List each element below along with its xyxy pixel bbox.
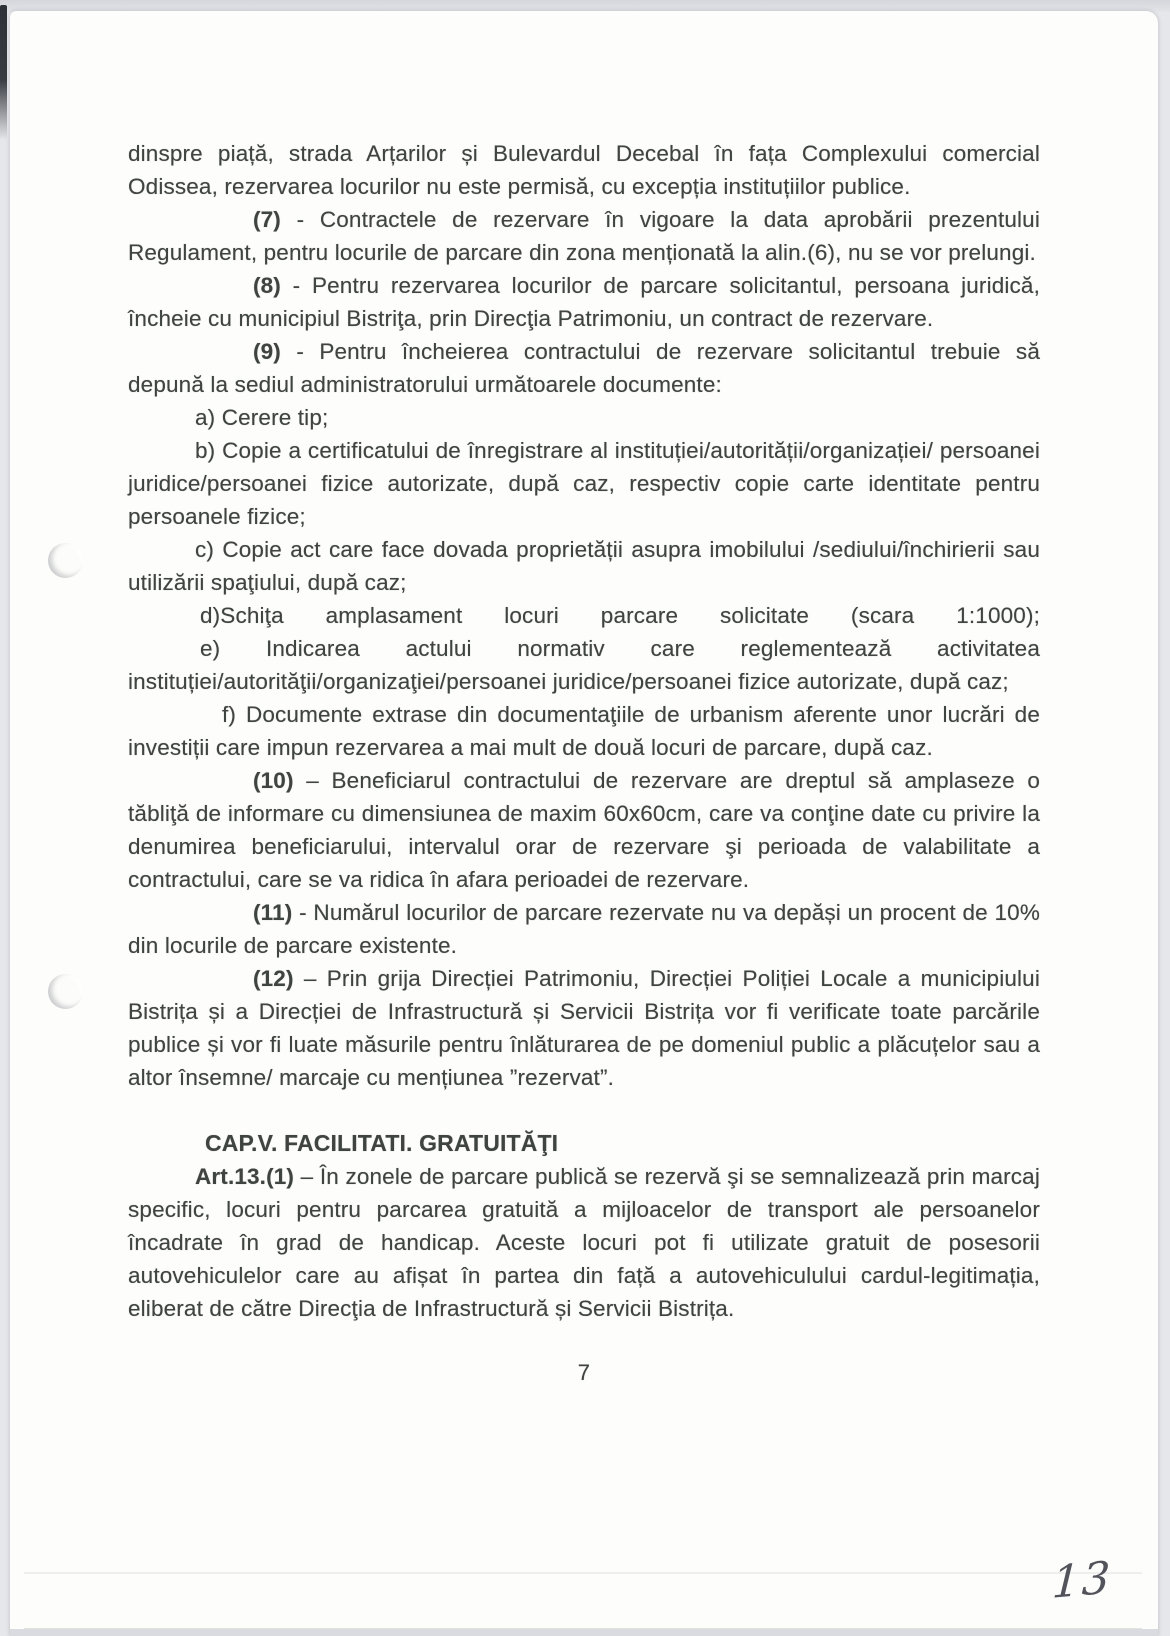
page-number: 7 [128,1356,1040,1389]
paragraph-text: e) Indicarea actului normativ care regle… [128,636,1040,694]
paragraph: Art.13.(1) – În zonele de parcare public… [128,1160,1040,1325]
paragraph: (9) - Pentru încheierea contractului de … [128,335,1040,401]
paragraph-text: d)Schiţa amplasament locuri parcare soli… [200,603,1040,628]
scan-artifact-line [24,1572,1142,1574]
paragraph-number: Art.13.(1) [195,1164,294,1189]
section-heading: CAP.V. FACILITATI. GRATUITĂŢI [205,1127,1040,1160]
paragraph-text: f) Documente extrase din documentaţiile … [128,702,1040,760]
paragraph-text: b) Copie a certificatului de înregistrar… [128,438,1040,529]
paragraph: (8) - Pentru rezervarea locurilor de par… [128,269,1040,335]
paragraph: d)Schiţa amplasament locuri parcare soli… [128,599,1040,632]
paragraph-number: (12) [253,966,294,991]
paragraph: (11) - Numărul locurilor de parcare reze… [128,896,1040,962]
scanned-page: dinspre piață, strada Arțarilor și Bulev… [10,11,1158,1636]
paragraph-text: a) Cerere tip; [195,405,328,430]
paragraph-text: dinspre piață, strada Arțarilor și Bulev… [128,141,1040,199]
paragraph: c) Copie act care face dovada proprietăț… [128,533,1040,599]
document-body: dinspre piață, strada Arțarilor și Bulev… [128,137,1040,1389]
scan-viewport: dinspre piață, strada Arțarilor și Bulev… [0,0,1170,1636]
handwritten-page-number: 13 [1051,1552,1113,1609]
paragraph: a) Cerere tip; [128,401,1040,434]
paragraph: (10) – Beneficiarul contractului de reze… [128,764,1040,896]
paragraph: f) Documente extrase din documentaţiile … [128,698,1040,764]
scan-bottom-edge [10,1629,1158,1636]
paragraph-number: (7) [253,207,281,232]
paragraph-number: (9) [253,339,281,364]
paragraph-text: c) Copie act care face dovada proprietăț… [128,537,1040,595]
hole-punch-mark [48,974,83,1009]
paragraph-number: (11) [253,900,292,925]
paragraph: (12) – Prin grija Direcției Patrimoniu, … [128,962,1040,1094]
paragraph-number: (8) [253,273,281,298]
paragraph: e) Indicarea actului normativ care regle… [128,632,1040,698]
paragraph: b) Copie a certificatului de înregistrar… [128,434,1040,533]
paragraph-number: (10) [253,768,294,793]
paragraph: (7) - Contractele de rezervare în vigoar… [128,203,1040,269]
paragraph: dinspre piață, strada Arțarilor și Bulev… [128,137,1040,203]
scan-edge-shadow [0,5,7,140]
hole-punch-mark [48,543,83,578]
